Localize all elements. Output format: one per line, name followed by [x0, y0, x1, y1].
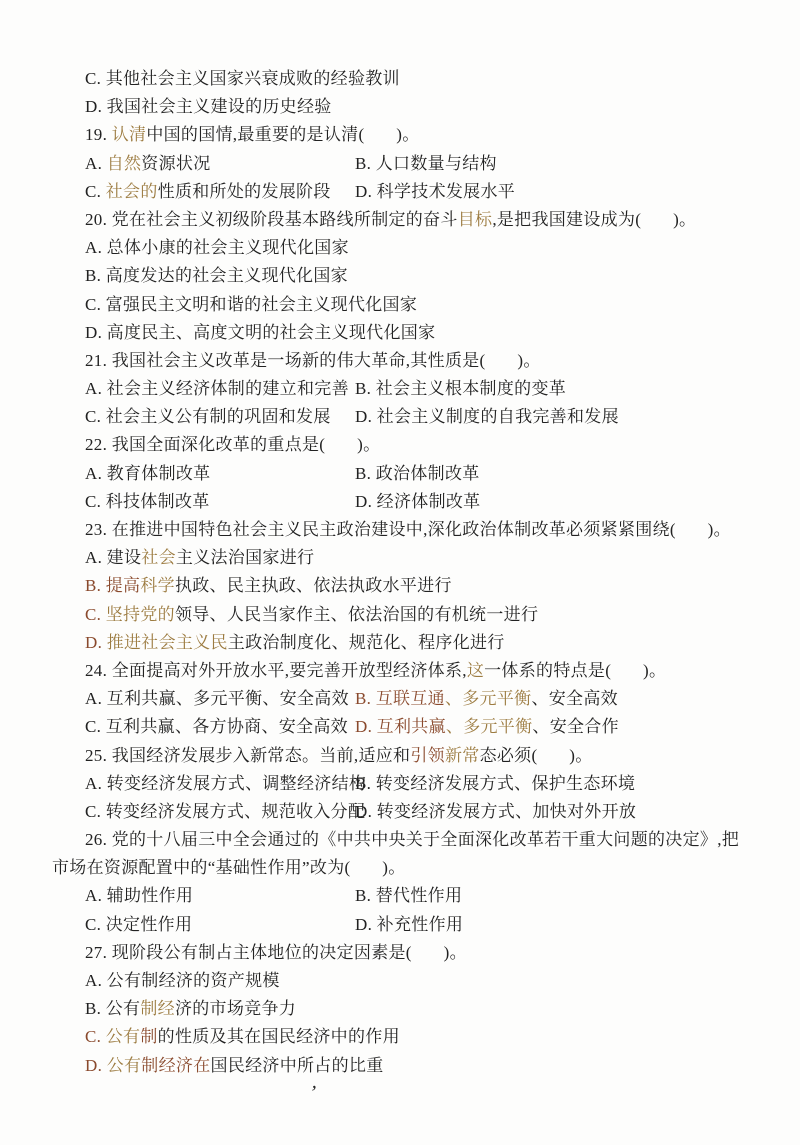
text-segment: 性质和所处的发展阶段 [158, 182, 331, 201]
text-segment: D. 社会主义制度的自我完善和发展 [355, 407, 619, 426]
question-stem: 25. 我国经济发展步入新常态。当前,适应和引领新常态必须( )。 [52, 742, 764, 770]
option-right: D. 科学技术发展水平 [355, 178, 515, 206]
option-row: C. 互利共赢、各方协商、安全高效D. 互利共赢、多元平衡、安全合作 [52, 713, 764, 741]
option-right: D. 转变经济发展方式、加快对外开放 [355, 798, 636, 826]
text-segment: D. 互利共赢 [355, 717, 446, 736]
option-line: A. 总体小康的社会主义现代化国家 [52, 234, 764, 262]
option-left: A. 转变经济发展方式、调整经济结构 [52, 770, 366, 798]
text-segment: B. 社会主义根本制度的变革 [355, 379, 566, 398]
text-segment: 21. 我国社会主义改革是一场新的伟大革命,其性质是( )。 [85, 351, 541, 370]
document-page: C. 其他社会主义国家兴衰成败的经验教训D. 我国社会主义建设的历史经验19. … [0, 0, 800, 1145]
option-line: A. 公有制经济的资产规模 [52, 967, 764, 995]
question-stem: 26. 党的十八届三中全会通过的《中共中央关于全面深化改革若干重大问题的决定》,… [52, 826, 764, 854]
option-line: B. 提高科学执政、民主执政、依法执政水平进行 [52, 572, 764, 600]
question-stem: 22. 我国全面深化改革的重点是( )。 [52, 431, 764, 459]
option-right: D. 补充性作用 [355, 911, 463, 939]
text-segment: A. 建设 [85, 548, 141, 567]
text-segment: 、多元平衡 [445, 689, 532, 708]
option-row: C. 社会的性质和所处的发展阶段D. 科学技术发展水平 [52, 178, 764, 206]
text-segment: D. 转变经济发展方式、加快对外开放 [355, 802, 636, 821]
question-stem: 27. 现阶段公有制占主体地位的决定因素是( )。 [52, 939, 764, 967]
text-segment: 态必须( )。 [480, 746, 593, 765]
text-segment: A. 互利共赢、多元平衡、安全高效 [85, 689, 349, 708]
text-segment: D. 高度民主、高度文明的社会主义现代化国家 [85, 323, 435, 342]
option-line: C. 其他社会主义国家兴衰成败的经验教训 [52, 65, 764, 93]
text-segment: A. 总体小康的社会主义现代化国家 [85, 238, 349, 257]
question-stem: 24. 全面提高对外开放水平,要完善开放型经济体系,这一体系的特点是( )。 [52, 657, 764, 685]
option-line: D. 公有制经济在国民经济中所占的比重 [52, 1052, 764, 1080]
option-line: C. 富强民主文明和谐的社会主义现代化国家 [52, 291, 764, 319]
text-segment: C. 决定性作用 [85, 915, 192, 934]
option-row: A. 自然资源状况B. 人口数量与结构 [52, 150, 764, 178]
text-segment: 25. 我国经济发展步入新常态。当前,适应和 [85, 746, 410, 765]
text-segment: 27. 现阶段公有制占主体地位的决定因素是( )。 [85, 943, 467, 962]
option-left: C. 社会的性质和所处的发展阶段 [52, 178, 331, 206]
text-segment: 新常 [445, 746, 480, 765]
text-segment: 社会 [141, 548, 176, 567]
text-segment: C. [85, 1027, 106, 1046]
text-segment: 制经济在 [141, 1056, 210, 1075]
text-segment: 国民经济中所占的比重 [211, 1056, 384, 1075]
text-segment: B. 人口数量与结构 [355, 154, 497, 173]
text-segment: 坚持党的 [106, 605, 175, 624]
text-segment: 推进社会主义民 [107, 633, 228, 652]
text-segment: A. 公有制经济的资产规模 [85, 971, 280, 990]
text-segment: 主义法治国家进行 [176, 548, 314, 567]
text-segment: A. [85, 154, 107, 173]
question-stem: 21. 我国社会主义改革是一场新的伟大革命,其性质是( )。 [52, 347, 764, 375]
text-segment: 引领 [410, 746, 445, 765]
option-right: D. 社会主义制度的自我完善和发展 [355, 403, 619, 431]
text-segment: D. [85, 1056, 107, 1075]
option-left: A. 社会主义经济体制的建立和完善 [52, 375, 349, 403]
option-right: B. 转变经济发展方式、保护生态环境 [355, 770, 635, 798]
option-left: C. 互利共赢、各方协商、安全高效 [52, 713, 348, 741]
option-right: B. 互联互通、多元平衡、安全高效 [355, 685, 618, 713]
text-segment: B. 高度发达的社会主义现代化国家 [85, 266, 348, 285]
text-segment: 26. 党的十八届三中全会通过的《中共中央关于全面深化改革若干重大问题的决定》,… [85, 830, 739, 849]
option-row: A. 教育体制改革B. 政治体制改革 [52, 460, 764, 488]
option-left: C. 社会主义公有制的巩固和发展 [52, 403, 331, 431]
text-segment: B. 公有 [85, 999, 140, 1018]
text-segment: D. 经济体制改革 [355, 492, 480, 511]
option-row: A. 社会主义经济体制的建立和完善B. 社会主义根本制度的变革 [52, 375, 764, 403]
text-segment: C. 互利共赢、各方协商、安全高效 [85, 717, 348, 736]
text-segment: C. 转变经济发展方式、规范收入分配 [85, 802, 365, 821]
option-right: D. 互利共赢、多元平衡、安全合作 [355, 713, 619, 741]
text-segment: C. 科技体制改革 [85, 492, 210, 511]
text-segment: 、安全合作 [532, 717, 619, 736]
text-segment: 这 [467, 661, 484, 680]
question-stem: 20. 党在社会主义初级阶段基本路线所制定的奋斗目标,是把我国建设成为( )。 [52, 206, 764, 234]
text-segment: 市场在资源配置中的“基础性作用”改为( )。 [52, 858, 406, 877]
option-left: C. 科技体制改革 [52, 488, 210, 516]
text-segment: 制 [140, 1027, 157, 1046]
option-right: B. 替代性作用 [355, 882, 462, 910]
text-segment: A. 教育体制改革 [85, 464, 210, 483]
option-line: B. 高度发达的社会主义现代化国家 [52, 262, 764, 290]
option-line: A. 建设社会主义法治国家进行 [52, 544, 764, 572]
text-segment: 公有 [106, 1027, 141, 1046]
option-line: B. 公有制经济的市场竞争力 [52, 995, 764, 1023]
text-segment: B. 互联互通 [355, 689, 445, 708]
stray-mark: ’ [308, 1082, 318, 1106]
question-stem: 23. 在推进中国特色社会主义民主政治建设中,深化政治体制改革必须紧紧围绕( )… [52, 516, 764, 544]
text-segment: C. [85, 605, 106, 624]
text-segment: D. 科学技术发展水平 [355, 182, 515, 201]
option-row: A. 转变经济发展方式、调整经济结构B. 转变经济发展方式、保护生态环境 [52, 770, 764, 798]
text-segment: 中国的国情,最重要的是认清( )。 [146, 125, 419, 144]
text-segment: 23. 在推进中国特色社会主义民主政治建设中,深化政治体制改革必须紧紧围绕( )… [85, 520, 731, 539]
text-segment: 公有 [107, 1056, 142, 1075]
option-row: C. 转变经济发展方式、规范收入分配D. 转变经济发展方式、加快对外开放 [52, 798, 764, 826]
text-segment: 制经 [140, 999, 175, 1018]
option-left: C. 决定性作用 [52, 911, 192, 939]
option-line: D. 我国社会主义建设的历史经验 [52, 93, 764, 121]
text-segment: 执政、民主执政、依法执政水平进行 [175, 576, 452, 595]
text-segment: A. 辅助性作用 [85, 886, 193, 905]
text-segment: A. 社会主义经济体制的建立和完善 [85, 379, 349, 398]
option-left: A. 教育体制改革 [52, 460, 210, 488]
text-segment: A. 转变经济发展方式、调整经济结构 [85, 774, 366, 793]
option-row: C. 社会主义公有制的巩固和发展D. 社会主义制度的自我完善和发展 [52, 403, 764, 431]
text-segment: 主政治制度化、规范化、程序化进行 [228, 633, 505, 652]
text-segment: 社会的 [106, 182, 158, 201]
text-segment: 认清 [112, 125, 147, 144]
option-line: D. 高度民主、高度文明的社会主义现代化国家 [52, 319, 764, 347]
option-left: A. 互利共赢、多元平衡、安全高效 [52, 685, 349, 713]
text-segment: 19. [85, 125, 112, 144]
option-row: C. 科技体制改革D. 经济体制改革 [52, 488, 764, 516]
option-right: D. 经济体制改革 [355, 488, 480, 516]
text-segment: C. 其他社会主义国家兴衰成败的经验教训 [85, 69, 400, 88]
option-right: B. 政治体制改革 [355, 460, 480, 488]
option-line: D. 推进社会主义民主政治制度化、规范化、程序化进行 [52, 629, 764, 657]
text-segment: D. [85, 633, 107, 652]
option-left: A. 辅助性作用 [52, 882, 193, 910]
option-row: A. 互利共赢、多元平衡、安全高效B. 互联互通、多元平衡、安全高效 [52, 685, 764, 713]
text-segment: B. 转变经济发展方式、保护生态环境 [355, 774, 635, 793]
option-line: C. 公有制的性质及其在国民经济中的作用 [52, 1023, 764, 1051]
option-line: C. 坚持党的领导、人民当家作主、依法治国的有机统一进行 [52, 601, 764, 629]
text-segment: 自然 [107, 154, 142, 173]
text-segment: D. 补充性作用 [355, 915, 463, 934]
option-right: B. 社会主义根本制度的变革 [355, 375, 566, 403]
text-segment: ,是把我国建设成为( )。 [492, 210, 696, 229]
text-segment: 济的市场竞争力 [175, 999, 296, 1018]
option-row: A. 辅助性作用B. 替代性作用 [52, 882, 764, 910]
text-segment: C. 社会主义公有制的巩固和发展 [85, 407, 331, 426]
option-left: C. 转变经济发展方式、规范收入分配 [52, 798, 365, 826]
text-segment: 、多元平衡 [446, 717, 533, 736]
text-segment: 一体系的特点是( )。 [484, 661, 666, 680]
option-left: A. 自然资源状况 [52, 150, 211, 178]
text-segment: B. 提高 [85, 576, 140, 595]
text-segment: 资源状况 [141, 154, 210, 173]
text-segment: B. 政治体制改革 [355, 464, 480, 483]
text-segment: 24. 全面提高对外开放水平,要完善开放型经济体系, [85, 661, 467, 680]
text-segment: 、安全高效 [531, 689, 618, 708]
text-segment: 领导、人民当家作主、依法治国的有机统一进行 [175, 605, 538, 624]
text-segment: 的性质及其在国民经济中的作用 [158, 1027, 400, 1046]
text-segment: 20. 党在社会主义初级阶段基本路线所制定的奋斗 [85, 210, 458, 229]
question-stem: 19. 认清中国的国情,最重要的是认清( )。 [52, 121, 764, 149]
text-segment: C. 富强民主文明和谐的社会主义现代化国家 [85, 295, 417, 314]
text-segment: 科学 [140, 576, 175, 595]
text-segment: B. 替代性作用 [355, 886, 462, 905]
text-segment: D. 我国社会主义建设的历史经验 [85, 97, 332, 116]
text-segment: 目标 [458, 210, 493, 229]
text-segment: 22. 我国全面深化改革的重点是( )。 [85, 435, 380, 454]
option-right: B. 人口数量与结构 [355, 150, 497, 178]
document-lines: C. 其他社会主义国家兴衰成败的经验教训D. 我国社会主义建设的历史经验19. … [52, 65, 764, 1080]
question-stem-continued: 市场在资源配置中的“基础性作用”改为( )。 [52, 854, 764, 882]
option-row: C. 决定性作用D. 补充性作用 [52, 911, 764, 939]
text-segment: C. [85, 182, 106, 201]
